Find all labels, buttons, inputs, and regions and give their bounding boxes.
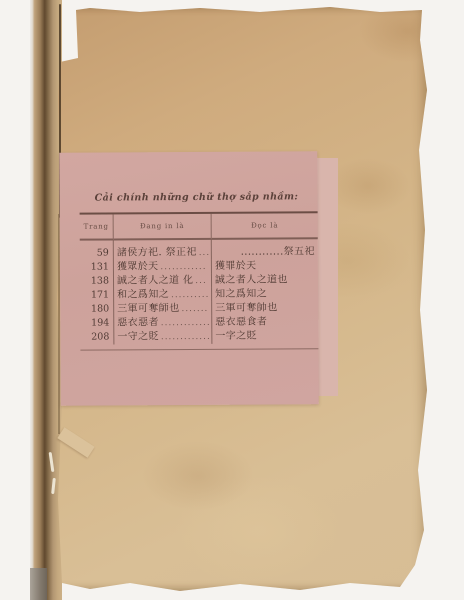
- dot-leader: .......: [180, 302, 212, 316]
- page-number-cell: 194: [80, 316, 114, 330]
- page-number-cell: 138: [80, 274, 114, 288]
- col-header-read: Đọc là: [212, 213, 318, 240]
- dot-leader: ....: [197, 246, 211, 260]
- printed-text: 諸侯方祀. 祭正祀: [117, 246, 197, 260]
- printed-text: 三軍可奪師也: [117, 302, 179, 316]
- book-scan: Cải chính những chữ thợ sắp nhầm: Trang …: [0, 0, 464, 600]
- page-number-cell: 59: [80, 240, 114, 260]
- printed-text-cell: 獲眾於天 ............: [114, 260, 212, 275]
- col-header-printed: Đang in là: [114, 214, 212, 241]
- printed-text-cell: 一守之貶 .............: [114, 330, 212, 345]
- read-text-cell: 知之爲知之: [212, 287, 318, 302]
- dot-leader: .............: [159, 330, 211, 344]
- printed-text-cell: 三軍可奪師也 .......: [114, 302, 212, 317]
- printed-text: 惡衣惡者: [117, 316, 159, 330]
- printed-text: 一守之貶: [117, 330, 159, 344]
- page-number-cell: 171: [80, 288, 114, 302]
- printed-text-cell: 誠之者人之道 化 ...: [114, 274, 212, 289]
- dot-leader: .............: [159, 316, 211, 330]
- read-text-cell: 一字之貶: [212, 329, 318, 344]
- page-number-cell: 180: [80, 302, 114, 316]
- slip-title: Cải chính những chữ thợ sắp nhầm:: [89, 191, 303, 203]
- read-text-cell: 獲罪於天: [212, 259, 318, 274]
- errata-table: Trang Đang in là Đọc là 59 諸侯方祀. 祭正祀 ...…: [80, 211, 319, 350]
- dot-leader: ............: [158, 260, 210, 274]
- printed-text-cell: 和之爲知之 ..........: [114, 288, 212, 303]
- page-number-cell: 208: [80, 330, 114, 344]
- printed-text: 和之爲知之: [117, 288, 169, 302]
- read-text-cell: ............祭五祀: [212, 239, 318, 260]
- printed-text-cell: 諸侯方祀. 祭正祀 ....: [114, 240, 212, 261]
- col-header-trang: Trang: [80, 214, 114, 240]
- printed-text: 獲眾於天: [117, 260, 159, 274]
- errata-slip: Cải chính những chữ thợ sắp nhầm: Trang …: [59, 151, 319, 406]
- page-number-cell: 131: [80, 260, 114, 274]
- spine-foot: [30, 568, 47, 600]
- dot-leader: ...: [193, 274, 211, 288]
- printed-text-cell: 惡衣惡者 .............: [114, 316, 212, 331]
- read-text-cell: 惡衣惡食者: [212, 315, 318, 330]
- read-text-cell: 誠之者人之道也: [212, 273, 318, 288]
- dot-leader: ..........: [169, 288, 211, 302]
- printed-text: 誠之者人之道 化: [117, 274, 193, 288]
- read-text-cell: 三軍可奪帥也: [212, 301, 318, 316]
